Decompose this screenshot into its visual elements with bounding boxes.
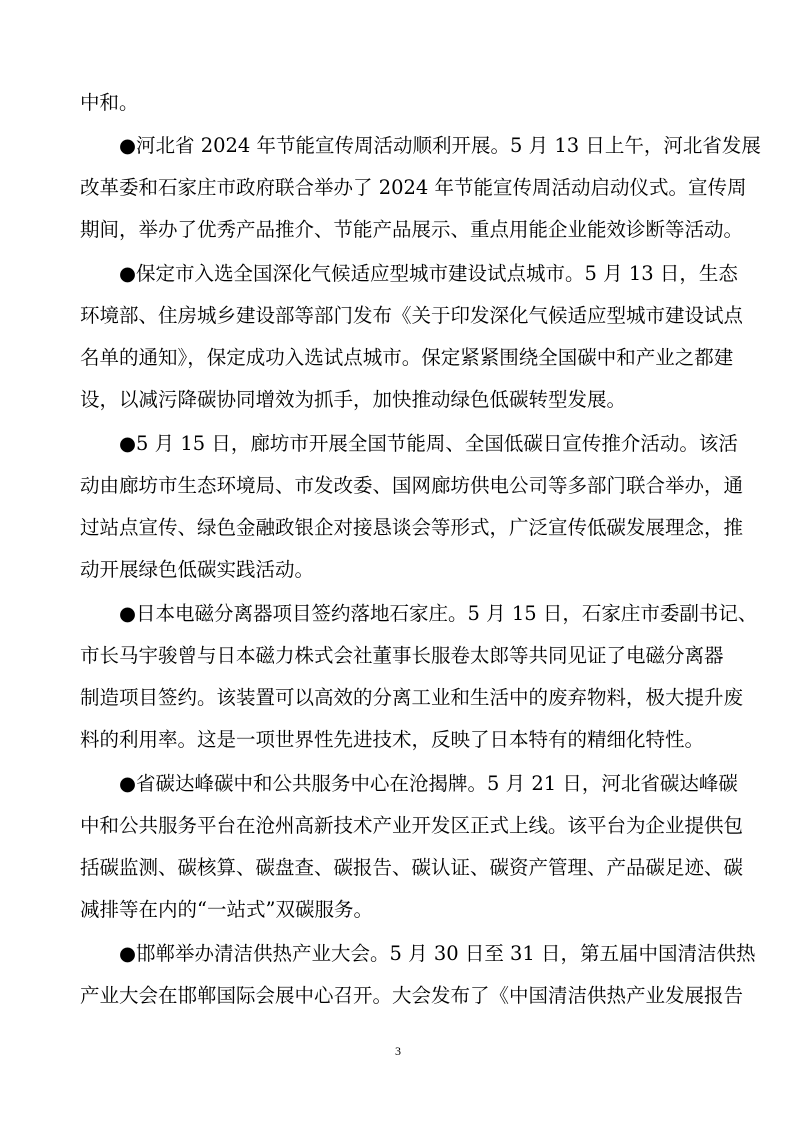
text-line: ●日本电磁分离器项目签约落地石家庄。5 月 15 日，石家庄市委副书记、	[80, 599, 718, 629]
text-line: 环境部、住房城乡建设部等部门发布《关于印发深化气候适应型城市建设试点	[80, 301, 718, 331]
text-line: ●邯郸举办清洁供热产业大会。5 月 30 日至 31 日，第五届中国清洁供热	[80, 939, 718, 969]
text-line: 改革委和石家庄市政府联合举办了 2024 年节能宣传周活动启动仪式。宣传周	[80, 173, 718, 203]
text-line: 动开展绿色低碳实践活动。	[80, 555, 718, 585]
text-line: ●省碳达峰碳中和公共服务中心在沧揭牌。5 月 21 日，河北省碳达峰碳	[80, 769, 718, 799]
text-line: 制造项目签约。该装置可以高效的分离工业和生活中的废弃物料，极大提升废	[80, 683, 718, 713]
text-line: 产业大会在邯郸国际会展中心召开。大会发布了《中国清洁供热产业发展报告	[80, 981, 718, 1011]
text-line: 名单的通知》，保定成功入选试点城市。保定紧紧围绕全国碳中和产业之都建	[80, 343, 718, 373]
text-line: 市长马宇骏曾与日本磁力株式会社董事长服卷太郎等共同见证了电磁分离器	[80, 641, 718, 671]
page-number: 3	[0, 1044, 796, 1059]
text-line: 过站点宣传、绿色金融政银企对接恳谈会等形式，广泛宣传低碳发展理念，推	[80, 513, 718, 543]
text-line: ●5 月 15 日，廊坊市开展全国节能周、全国低碳日宣传推介活动。该活	[80, 429, 718, 459]
text-line: 动由廊坊市生态环境局、市发改委、国网廊坊供电公司等多部门联合举办，通	[80, 471, 718, 501]
text-line: ●保定市入选全国深化气候适应型城市建设试点城市。5 月 13 日，生态	[80, 259, 718, 289]
text-line: 减排等在内的“一站式”双碳服务。	[80, 895, 718, 925]
text-line: ●河北省 2024 年节能宣传周活动顺利开展。5 月 13 日上午，河北省发展	[80, 131, 718, 161]
text-line: 括碳监测、碳核算、碳盘查、碳报告、碳认证、碳资产管理、产品碳足迹、碳	[80, 853, 718, 883]
text-line: 料的利用率。这是一项世界性先进技术，反映了日本特有的精细化特性。	[80, 725, 718, 755]
text-line: 期间，举办了优秀产品推介、节能产品展示、重点用能企业能效诊断等活动。	[80, 215, 718, 245]
text-line: 中和公共服务平台在沧州高新技术产业开发区正式上线。该平台为企业提供包	[80, 811, 718, 841]
text-line: 中和。	[80, 88, 718, 118]
text-line: 设，以减污降碳协同增效为抓手，加快推动绿色低碳转型发展。	[80, 385, 718, 415]
